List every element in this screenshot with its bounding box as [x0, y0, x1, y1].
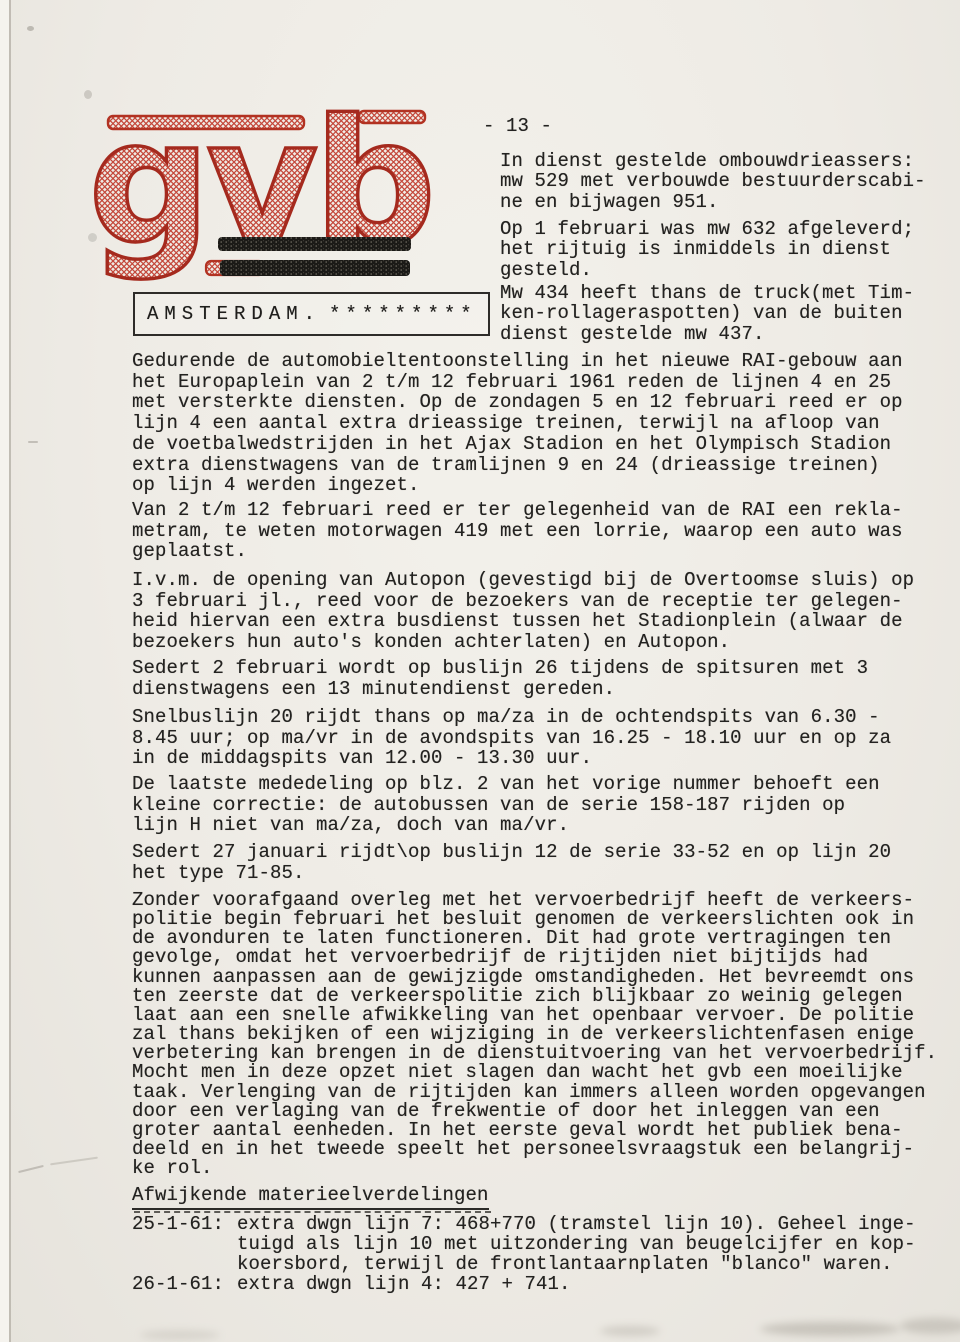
- paragraph-rai-exhibition: Gedurende de automobieltentoonstelling i…: [132, 351, 903, 496]
- entry-date: 25-1-61:: [132, 1214, 237, 1274]
- pencil-mark: [28, 441, 38, 443]
- scan-speck: [27, 26, 34, 31]
- pencil-mark: [50, 1157, 98, 1166]
- paragraph-advert-tram: Van 2 t/m 12 februari reed er ter gelege…: [132, 500, 903, 562]
- scan-smudge: [600, 1326, 660, 1336]
- scan-smudge: [760, 1322, 900, 1336]
- heading-text: Afwijkende materieelverdelingen: [132, 1185, 489, 1210]
- amsterdam-stars: *********: [329, 303, 477, 325]
- logo-black-bar-1: [218, 237, 411, 251]
- paragraph-express-bus-20: Snelbuslijn 20 rijdt thans op ma/za in d…: [132, 707, 891, 769]
- scan-smudge: [900, 1318, 960, 1334]
- scanned-document-page: gvb AMSTERDAM. ********* - 13 - In diens…: [0, 0, 960, 1342]
- paragraph-mw434-truck: Mw 434 heeft thans de truck(met Tim- ken…: [500, 283, 914, 344]
- paragraph-correction-series-158: De laatste mededeling op blz. 2 van het …: [132, 774, 880, 836]
- pencil-mark: [18, 1165, 44, 1173]
- amsterdam-label: AMSTERDAM.: [147, 303, 321, 325]
- paragraph-mw632-delivery: Op 1 februari was mw 632 afgeleverd; het…: [500, 219, 914, 280]
- scan-smudge: [140, 1330, 220, 1340]
- paragraph-autopon-opening: I.v.m. de opening van Autopon (gevestigd…: [132, 570, 914, 653]
- heading-materieelverdelingen: Afwijkende materieelverdelingen: [132, 1185, 489, 1210]
- paragraph-busline-26: Sedert 2 februari wordt op buslijn 26 ti…: [132, 658, 868, 699]
- gvb-logo: gvb: [80, 96, 500, 314]
- page-number: - 13 -: [483, 116, 552, 137]
- scan-edge-strip: [0, 0, 9, 1342]
- entry-25-1-61: 25-1-61: extra dwgn lijn 7: 468+770 (tra…: [132, 1214, 916, 1274]
- entry-date: 26-1-61:: [132, 1274, 237, 1294]
- paragraph-busline-12-series: Sedert 27 januari rijdt\op buslijn 12 de…: [132, 842, 891, 883]
- logo-gvb-text: gvb: [88, 96, 431, 283]
- entry-26-1-61: 26-1-61: extra dwgn lijn 4: 427 + 741.: [132, 1274, 571, 1294]
- paragraph-traffic-lights: Zonder voorafgaand overleg met het vervo…: [132, 891, 937, 1178]
- logo-black-bar-2: [220, 260, 410, 276]
- entry-text: extra dwgn lijn 4: 427 + 741.: [237, 1274, 571, 1294]
- amsterdam-box: AMSTERDAM. *********: [133, 292, 490, 336]
- scan-edge-line: [9, 0, 11, 1342]
- entry-text: extra dwgn lijn 7: 468+770 (tramstel lij…: [237, 1214, 916, 1274]
- paragraph-new-triaxle-cars: In dienst gestelde ombouwdrieassers: mw …: [500, 151, 926, 212]
